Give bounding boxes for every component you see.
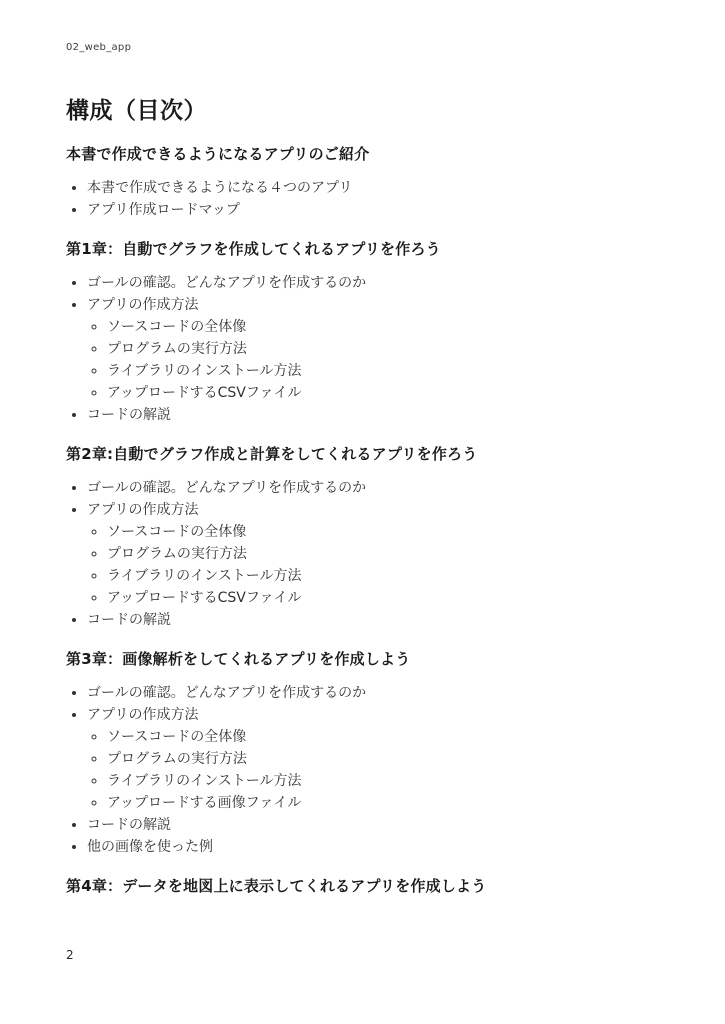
toc-subitem: ライブラリのインストール方法 (107, 565, 663, 587)
toc-subitem: プログラムの実行方法 (107, 543, 663, 565)
section-heading: 第1章：自動でグラフを作成してくれるアプリを作ろう (66, 239, 663, 259)
toc-subitem: アップロードする画像ファイル (107, 792, 663, 814)
page-title: 構成（目次） (66, 96, 663, 126)
toc-sections: 本書で作成できるようになるアプリのご紹介本書で作成できるようになる４つのアプリア… (66, 144, 663, 896)
file-name-label: 02_web_app (66, 42, 663, 54)
toc-subitem: ライブラリのインストール方法 (107, 770, 663, 792)
toc-sublist: ソースコードの全体像プログラムの実行方法ライブラリのインストール方法アップロード… (87, 726, 663, 814)
toc-subitem: ソースコードの全体像 (107, 726, 663, 748)
toc-subitem: プログラムの実行方法 (107, 338, 663, 360)
toc-subitem: ライブラリのインストール方法 (107, 360, 663, 382)
page-number: 2 (66, 948, 74, 962)
toc-item: 本書で作成できるようになる４つのアプリ (87, 177, 663, 199)
section-heading: 第2章:自動でグラフ作成と計算をしてくれるアプリを作ろう (66, 444, 663, 464)
toc-item: ゴールの確認。どんなアプリを作成するのか (87, 272, 663, 294)
toc-item: コードの解説 (87, 404, 663, 426)
toc-subitem: ソースコードの全体像 (107, 521, 663, 543)
toc-item: コードの解説 (87, 814, 663, 836)
toc-item: アプリの作成方法ソースコードの全体像プログラムの実行方法ライブラリのインストール… (87, 499, 663, 609)
toc-sublist: ソースコードの全体像プログラムの実行方法ライブラリのインストール方法アップロード… (87, 316, 663, 404)
toc-list: ゴールの確認。どんなアプリを作成するのかアプリの作成方法ソースコードの全体像プロ… (66, 477, 663, 631)
toc-item: アプリの作成方法ソースコードの全体像プログラムの実行方法ライブラリのインストール… (87, 294, 663, 404)
toc-subitem: ソースコードの全体像 (107, 316, 663, 338)
toc-list: ゴールの確認。どんなアプリを作成するのかアプリの作成方法ソースコードの全体像プロ… (66, 682, 663, 858)
toc-item: コードの解説 (87, 609, 663, 631)
toc-sublist: ソースコードの全体像プログラムの実行方法ライブラリのインストール方法アップロード… (87, 521, 663, 609)
toc-list: ゴールの確認。どんなアプリを作成するのかアプリの作成方法ソースコードの全体像プロ… (66, 272, 663, 426)
toc-subitem: アップロードするCSVファイル (107, 382, 663, 404)
toc-item: アプリの作成方法ソースコードの全体像プログラムの実行方法ライブラリのインストール… (87, 704, 663, 814)
section-heading: 本書で作成できるようになるアプリのご紹介 (66, 144, 663, 164)
section-heading: 第3章：画像解析をしてくれるアプリを作成しよう (66, 649, 663, 669)
section-heading: 第4章：データを地図上に表示してくれるアプリを作成しよう (66, 876, 663, 896)
toc-item: 他の画像を使った例 (87, 836, 663, 858)
document-page: 02_web_app 構成（目次） 本書で作成できるようになるアプリのご紹介本書… (0, 0, 725, 1024)
toc-item: アプリ作成ロードマップ (87, 199, 663, 221)
toc-subitem: アップロードするCSVファイル (107, 587, 663, 609)
toc-item: ゴールの確認。どんなアプリを作成するのか (87, 682, 663, 704)
toc-list: 本書で作成できるようになる４つのアプリアプリ作成ロードマップ (66, 177, 663, 221)
toc-subitem: プログラムの実行方法 (107, 748, 663, 770)
toc-item: ゴールの確認。どんなアプリを作成するのか (87, 477, 663, 499)
